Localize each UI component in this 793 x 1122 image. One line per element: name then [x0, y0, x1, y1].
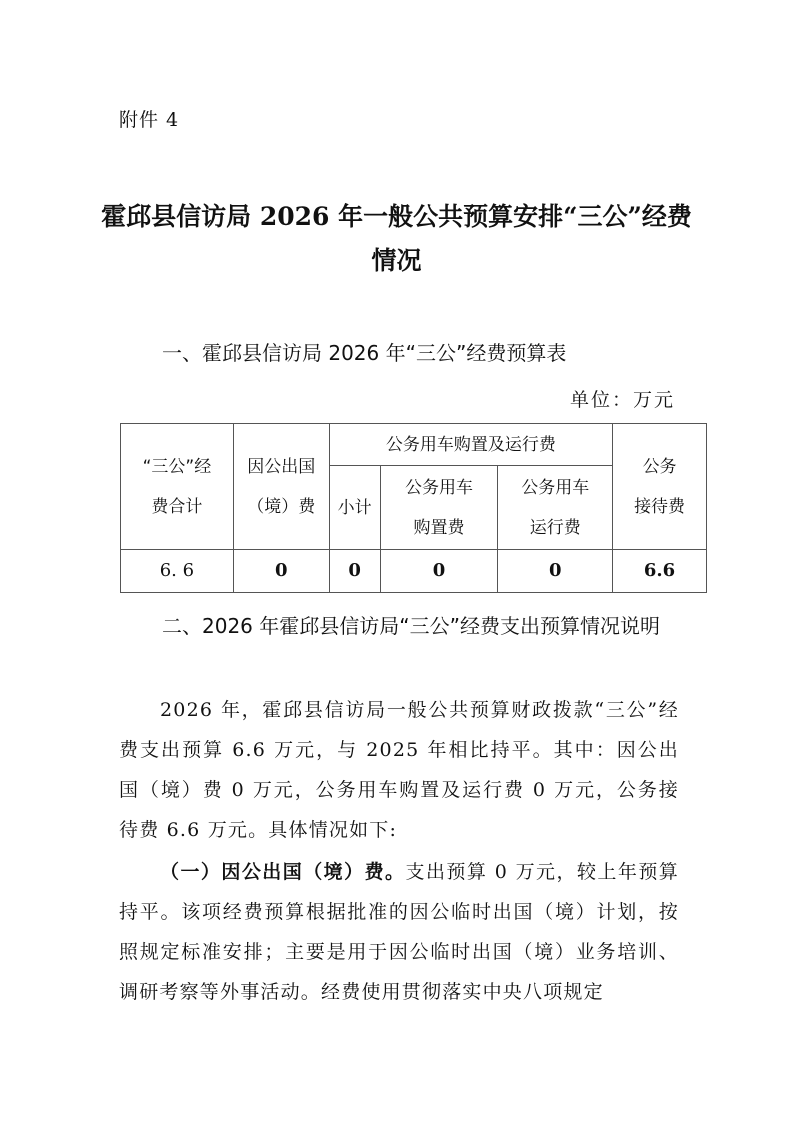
cell-total: 6. 6 [121, 550, 234, 593]
paragraph-lead: （一）因公出国（境）费。 [160, 861, 405, 883]
cell-vehicle-operation: 0 [498, 550, 613, 593]
attachment-label: 附件 4 [119, 105, 179, 132]
cell-reception: 6.6 [613, 550, 707, 593]
header-vehicle-purchase: 公务用车 购置费 [380, 466, 498, 550]
header-vehicle-purchase-line1: 公务用车 [381, 468, 498, 508]
cell-vehicle-purchase: 0 [380, 550, 498, 593]
section2-heading: 二、2026 年霍邱县信访局“三公”经费支出预算情况说明 [119, 597, 679, 655]
table-row: 6. 6 0 0 0 0 6.6 [121, 550, 707, 593]
title-line-2: 情况 [100, 239, 693, 283]
header-total-line1: “三公”经 [121, 447, 233, 487]
header-reception: 公务 接待费 [613, 424, 707, 550]
unit-label: 单位：万元 [570, 385, 675, 412]
header-reception-line1: 公务 [613, 447, 706, 487]
paragraph-summary: 2026 年，霍邱县信访局一般公共预算财政拨款“三公”经费支出预算 6.6 万元… [119, 690, 679, 850]
header-abroad-line1: 因公出国 [234, 447, 329, 487]
header-total-line2: 费合计 [121, 487, 233, 527]
document-title: 霍邱县信访局 2026 年一般公共预算安排“三公”经费 情况 [100, 195, 693, 283]
cell-subtotal: 0 [329, 550, 380, 593]
header-total: “三公”经 费合计 [121, 424, 234, 550]
header-vehicle-operation: 公务用车 运行费 [498, 466, 613, 550]
title-line-1: 霍邱县信访局 2026 年一般公共预算安排“三公”经费 [100, 195, 693, 239]
header-abroad: 因公出国 （境）费 [233, 424, 329, 550]
header-abroad-line2: （境）费 [234, 487, 329, 527]
header-vehicle-operation-line2: 运行费 [498, 508, 612, 548]
header-vehicle-operation-line1: 公务用车 [498, 468, 612, 508]
cell-abroad: 0 [233, 550, 329, 593]
header-subtotal: 小计 [329, 466, 380, 550]
section1-heading: 一、霍邱县信访局 2026 年“三公”经费预算表 [162, 337, 566, 366]
paragraph-abroad-expense: （一）因公出国（境）费。支出预算 0 万元，较上年预算持平。该项经费预算根据批准… [119, 852, 679, 1012]
three-public-budget-table: “三公”经 费合计 因公出国 （境）费 公务用车购置及运行费 公务 接待费 小计… [120, 423, 707, 593]
header-vehicle-purchase-line2: 购置费 [381, 508, 498, 548]
header-reception-line2: 接待费 [613, 487, 706, 527]
header-vehicle-group: 公务用车购置及运行费 [329, 424, 612, 466]
